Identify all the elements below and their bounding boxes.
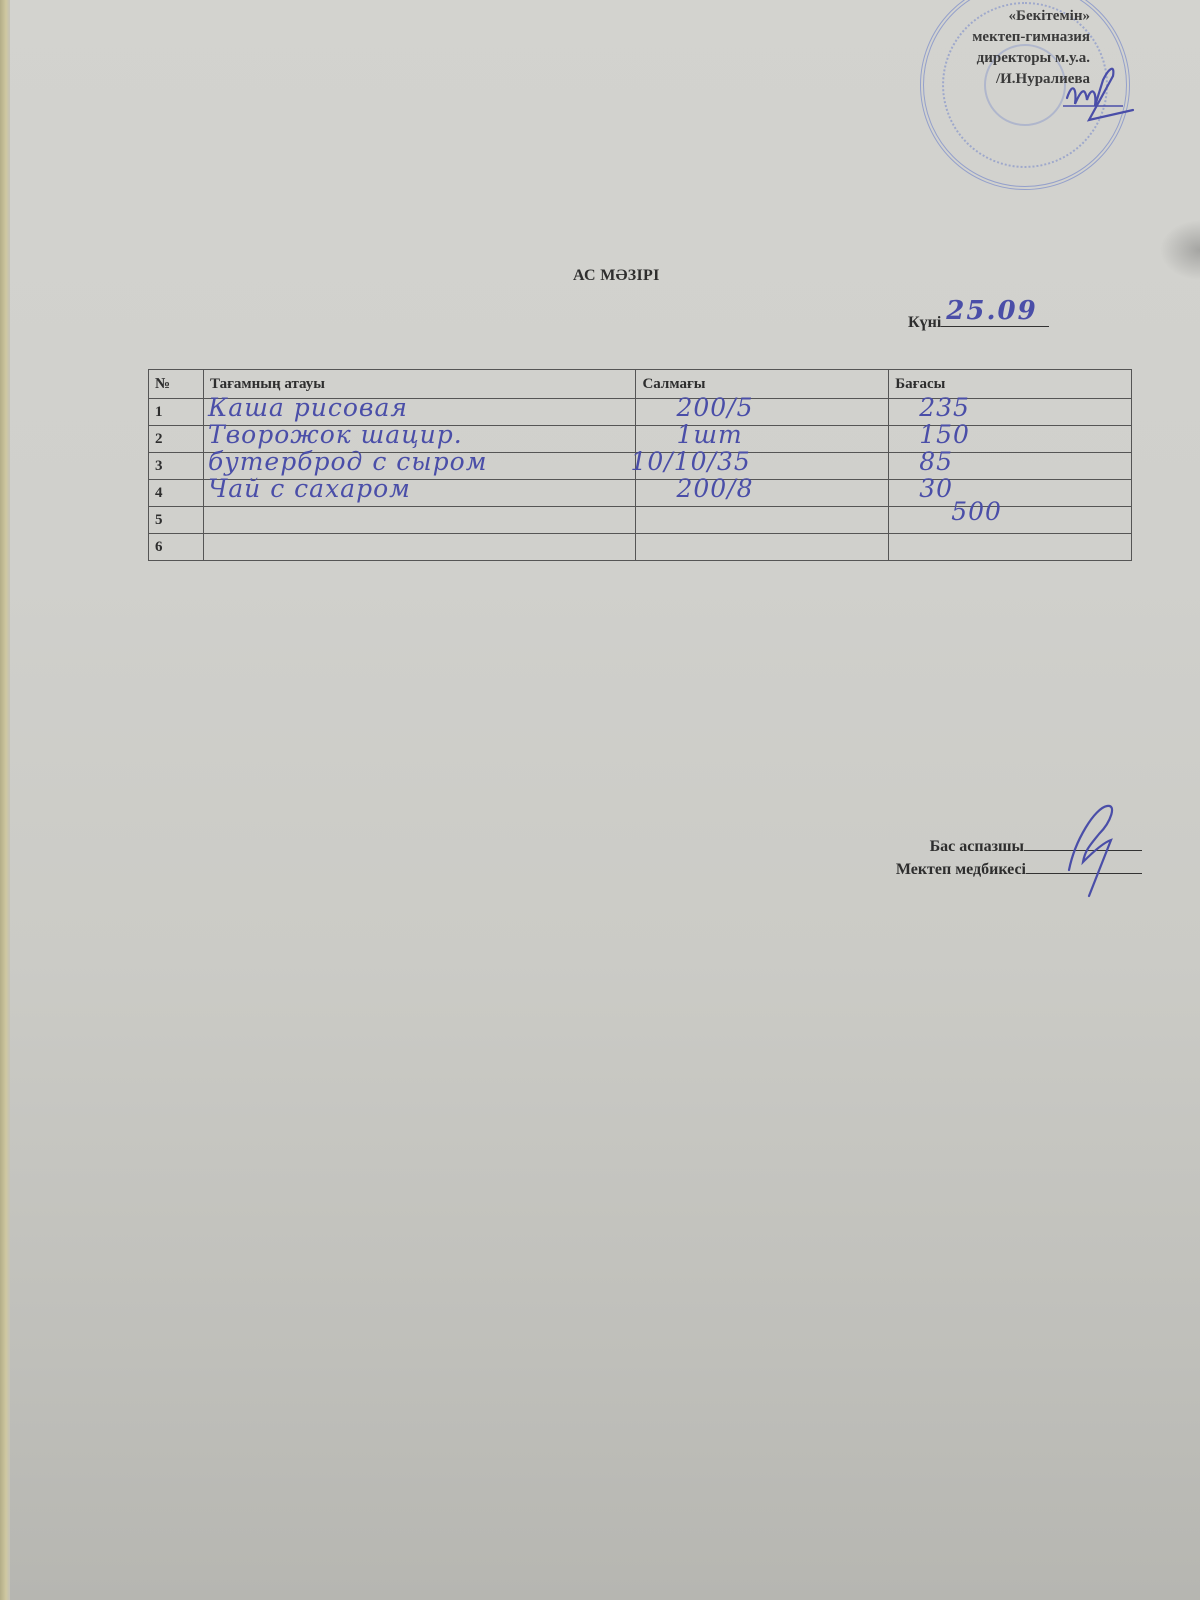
fold-shadow [1160, 220, 1200, 280]
dish-weight: 10/10/35 [630, 447, 750, 476]
dish-name: бутерброд с сыром [208, 447, 487, 476]
row-number: 1 [149, 399, 204, 426]
dish-weight: 200/5 [676, 393, 753, 422]
row-number: 6 [149, 534, 204, 561]
dish-price: 150 [919, 420, 970, 449]
date-value: 25.09 [946, 296, 1037, 326]
weight-cell: 200/8 [636, 480, 889, 507]
weight-cell [636, 534, 889, 561]
weight-cell: 200/5 [636, 399, 889, 426]
row-number: 2 [149, 426, 204, 453]
price-cell [889, 534, 1132, 561]
date-label: Күні [908, 314, 941, 331]
dish-weight: 200/8 [676, 474, 753, 503]
director-signature [1063, 60, 1163, 130]
dish-name: Творожок шацир. [208, 420, 463, 449]
date-field: Күні25.09 [908, 310, 1049, 332]
price-cell: 500 [889, 507, 1132, 534]
dish-name-cell [203, 507, 636, 534]
approval-line: мектеп-гимназия [972, 27, 1090, 48]
nurse-label: Мектеп медбикесі [896, 861, 1026, 878]
background-edge [0, 0, 10, 1600]
dish-name-cell: Чай с сахаром [203, 480, 636, 507]
chef-signature [1055, 800, 1135, 900]
approval-line: «Бекітемін» [972, 6, 1090, 27]
dish-name-cell [203, 534, 636, 561]
dish-weight: 1шт [676, 420, 742, 449]
chef-label: Бас аспазшы [930, 838, 1024, 855]
dish-name: Каша рисовая [208, 393, 408, 422]
price-cell: 30 [889, 480, 1132, 507]
header-weight: Салмағы [636, 370, 889, 399]
page-title: АС МӘЗІРІ [573, 267, 660, 285]
weight-cell: 10/10/35 [636, 453, 889, 480]
row-number: 5 [149, 507, 204, 534]
row-number: 4 [149, 480, 204, 507]
weight-cell [636, 507, 889, 534]
menu-table: № Тағамның атауы Салмағы Бағасы 1 Каша р… [148, 369, 1132, 561]
row-number: 3 [149, 453, 204, 480]
dish-price: 30 [919, 474, 953, 503]
header-number: № [149, 370, 204, 399]
dish-price: 85 [919, 447, 953, 476]
dish-price: 235 [919, 393, 970, 422]
paper-sheet [10, 0, 1200, 1600]
date-line: 25.09 [941, 310, 1049, 327]
table-row: 5 500 [149, 507, 1132, 534]
dish-name: Чай с сахаром [208, 474, 411, 503]
total-price: 500 [951, 497, 1002, 526]
table-row: 6 [149, 534, 1132, 561]
